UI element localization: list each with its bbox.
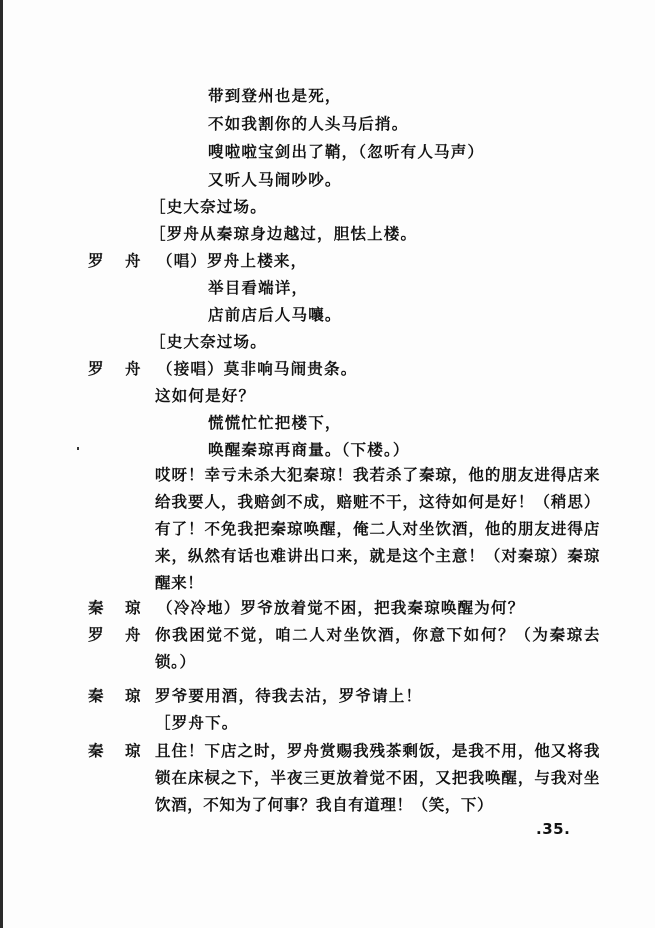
speaker-char: 罗 <box>88 359 104 379</box>
speaker-char: 秦 <box>88 598 104 618</box>
dialogue-paragraph: 且住！下店之时，罗舟赏赐我残茶剩饭，是我不用，他又将我锁在床棂之下，半夜三更放着… <box>155 737 600 818</box>
dialogue-paragraph: 哎呀！幸亏未杀大犯秦琼！我若杀了秦琼，他的朋友进得店来给我要人，我赔剑不成，赔赃… <box>155 461 600 596</box>
page-number: .35. <box>536 820 570 838</box>
speaker-char: 秦 <box>88 686 104 706</box>
dialogue-line: （接唱）莫非响马闹贵条。 <box>157 359 357 379</box>
verse-line: 举目看端详， <box>208 278 308 298</box>
verse-line: 不如我割你的人头马后捎。 <box>208 114 408 134</box>
speaker-char: 舟 <box>125 359 141 379</box>
stage-direction: ［罗舟从秦琼身边越过，胆怯上楼。 <box>150 224 417 244</box>
verse-line: 店前店后人马嚷。 <box>208 305 342 325</box>
speaker-char: 秦 <box>88 741 104 761</box>
dialogue-paragraph: 你我困觉不觉，咱二人对坐饮酒，你意下如何？（为秦琼去锁。） <box>155 621 600 675</box>
verse-line: 又听人马闹吵吵。 <box>208 170 342 190</box>
script-page: 带到登州也是死， 不如我割你的人头马后捎。 嗖啦啦宝剑出了鞘，（忽听有人马声） … <box>0 0 655 928</box>
speaker-char: 舟 <box>125 251 141 271</box>
dialogue-line: 罗爷要用酒，待我去沽，罗爷请上！ <box>155 686 422 706</box>
verse-line: 带到登州也是死， <box>208 86 342 106</box>
dialogue-line: 这如何是好？ <box>155 386 255 406</box>
speaker-char: 罗 <box>88 625 104 645</box>
speaker-char: 琼 <box>125 741 141 761</box>
dialogue-line: （唱）罗舟上楼来， <box>157 251 307 271</box>
speaker-char: 罗 <box>88 251 104 271</box>
speaker-char: 琼 <box>125 598 141 618</box>
verse-line: 嗖啦啦宝剑出了鞘，（忽听有人马声） <box>208 142 484 162</box>
dialogue-line: （冷冷地）罗爷放着觉不困，把我秦琼唤醒为何？ <box>157 598 524 618</box>
stage-direction: ［罗舟下。 <box>155 713 239 733</box>
speaker-char: 琼 <box>125 686 141 706</box>
verse-line: 慌慌忙忙把楼下， <box>208 413 342 433</box>
stage-direction: ［史大奈过场。 <box>150 332 267 352</box>
speaker-char: 舟 <box>125 625 141 645</box>
verse-line: 唤醒秦琼再商量。（下楼。） <box>208 440 410 460</box>
stage-direction: ［史大奈过场。 <box>150 197 267 217</box>
